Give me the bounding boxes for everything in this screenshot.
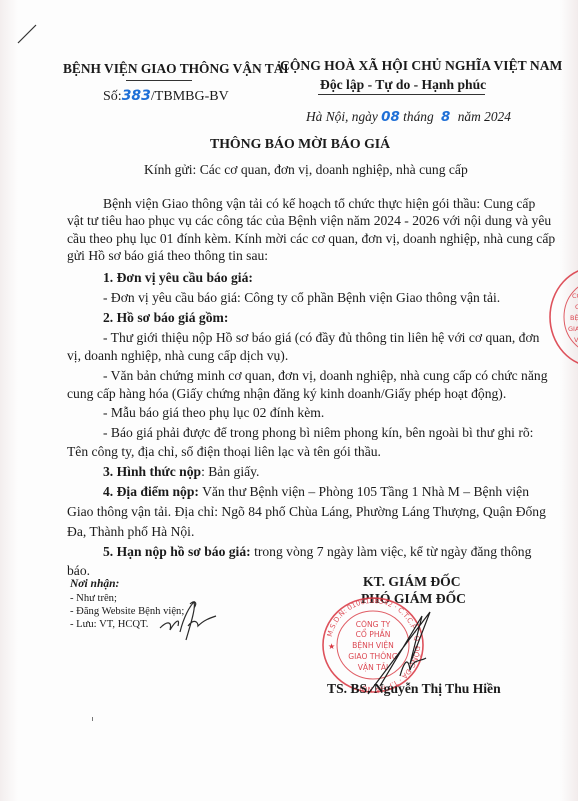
- motto-underline: [318, 94, 485, 95]
- svg-text:★: ★: [328, 642, 335, 651]
- intro-line-1: Bệnh viện Giao thông vận tải có kế hoạch…: [103, 196, 518, 212]
- section-2-heading: 2. Hồ sơ báo giá gồm:: [103, 310, 228, 326]
- date-month: 8: [441, 110, 450, 125]
- intro-line-2: vật tư tiêu hao phục vụ các công tác của…: [67, 213, 518, 229]
- org-name: BỆNH VIỆN GIAO THÔNG VẬN TẢI: [63, 61, 289, 77]
- section-4-line-3: Đa, Thành phố Hà Nội.: [67, 524, 194, 540]
- date-year: năm 2024: [458, 109, 511, 124]
- doc-number-handwritten: 383: [122, 88, 151, 104]
- intro-line-3: cầu theo phụ lục 01 đính kèm. Kính mời c…: [67, 231, 518, 247]
- svg-text:BỆ: BỆ: [570, 313, 578, 322]
- recipients-heading: Nơi nhận:: [70, 578, 119, 590]
- svg-text:CÔ: CÔ: [572, 291, 578, 300]
- section-2-item-c: - Mẫu báo giá theo phụ lục 02 đính kèm.: [103, 405, 324, 421]
- document-title: THÔNG BÁO MỜI BÁO GIÁ: [210, 136, 390, 152]
- section-1-line: - Đơn vị yêu cầu báo giá: Công ty cổ phầ…: [103, 290, 500, 306]
- scan-speck: [92, 717, 93, 721]
- document-page: BỆNH VIỆN GIAO THÔNG VẬN TẢI Số:383/TBMB…: [0, 0, 578, 801]
- svg-text:GIA: GIA: [568, 325, 578, 333]
- org-underline: [126, 80, 192, 81]
- doc-number-prefix: Số:: [103, 89, 122, 104]
- section-2-item-a2: vị, doanh nghiệp, nhà cung cấp dịch vụ).: [67, 348, 288, 364]
- date-day: 08: [381, 110, 400, 125]
- partial-stamp-icon: CÔ C BỆ GIA V: [548, 262, 578, 372]
- date-line: Hà Nội, ngày 08 tháng 8 năm 2024: [306, 109, 511, 125]
- section-5-heading: 5. Hạn nộp hồ sơ báo giá:: [103, 544, 251, 559]
- recipient-item-3: - Lưu: VT, HCQT.: [70, 619, 148, 630]
- section-2-item-d1: - Báo giá phải được để trong phong bì ni…: [103, 425, 518, 441]
- pen-mark-icon: [16, 22, 40, 46]
- section-2-item-b1: - Văn bản chứng minh cơ quan, đơn vị, do…: [103, 368, 518, 384]
- svg-text:V: V: [574, 336, 578, 344]
- signer-name: TS. BS. Nguyễn Thị Thu Hiền: [327, 681, 501, 697]
- section-2-item-b2: cung cấp hàng hóa (Giấy chứng nhận đăng …: [67, 386, 506, 402]
- nation-title: CỘNG HOÀ XÃ HỘI CHỦ NGHĨA VIỆT NAM: [280, 58, 562, 74]
- initials-signature-icon: [150, 596, 220, 646]
- section-4-line-2: Giao thông vận tải. Địa chỉ: Ngõ 84 phố …: [67, 504, 518, 520]
- doc-number-suffix: /TBMBG-BV: [151, 89, 229, 104]
- section-5-text-1: trong vòng 7 ngày làm việc, kể từ ngày đ…: [251, 544, 532, 559]
- date-month-label: tháng: [403, 109, 434, 124]
- section-3: 3. Hình thức nộp: Bản giấy.: [103, 464, 259, 480]
- section-2-item-a1: - Thư giới thiệu nộp Hồ sơ báo giá (có đ…: [103, 330, 518, 346]
- section-4-line-1: 4. Địa điểm nộp: Văn thư Bệnh viện – Phò…: [103, 484, 518, 500]
- section-3-heading: 3. Hình thức nộp: [103, 464, 201, 479]
- section-5-line-1: 5. Hạn nộp hồ sơ báo giá: trong vòng 7 n…: [103, 544, 518, 560]
- date-prefix: Hà Nội, ngày: [306, 109, 378, 124]
- section-2-item-d2: Tên công ty, địa chỉ, số điện thoại liên…: [67, 444, 381, 460]
- section-5-line-2: báo.: [67, 563, 90, 579]
- section-3-text: : Bản giấy.: [201, 464, 259, 479]
- recipient-item-1: - Như trên;: [70, 593, 117, 604]
- section-4-text-1: Văn thư Bệnh viện – Phòng 105 Tầng 1 Nhà…: [199, 484, 529, 499]
- intro-line-4: gửi Hồ sơ báo giá theo thông tin sau:: [67, 248, 268, 264]
- section-4-heading: 4. Địa điểm nộp:: [103, 484, 199, 499]
- doc-number: Số:383/TBMBG-BV: [103, 88, 229, 105]
- motto: Độc lập - Tự do - Hạnh phúc: [320, 77, 486, 93]
- recipient-line: Kính gửi: Các cơ quan, đơn vị, doanh ngh…: [144, 162, 468, 178]
- section-1-heading: 1. Đơn vị yêu cầu báo giá:: [103, 270, 253, 286]
- signature-title-1: KT. GIÁM ĐỐC: [363, 574, 461, 590]
